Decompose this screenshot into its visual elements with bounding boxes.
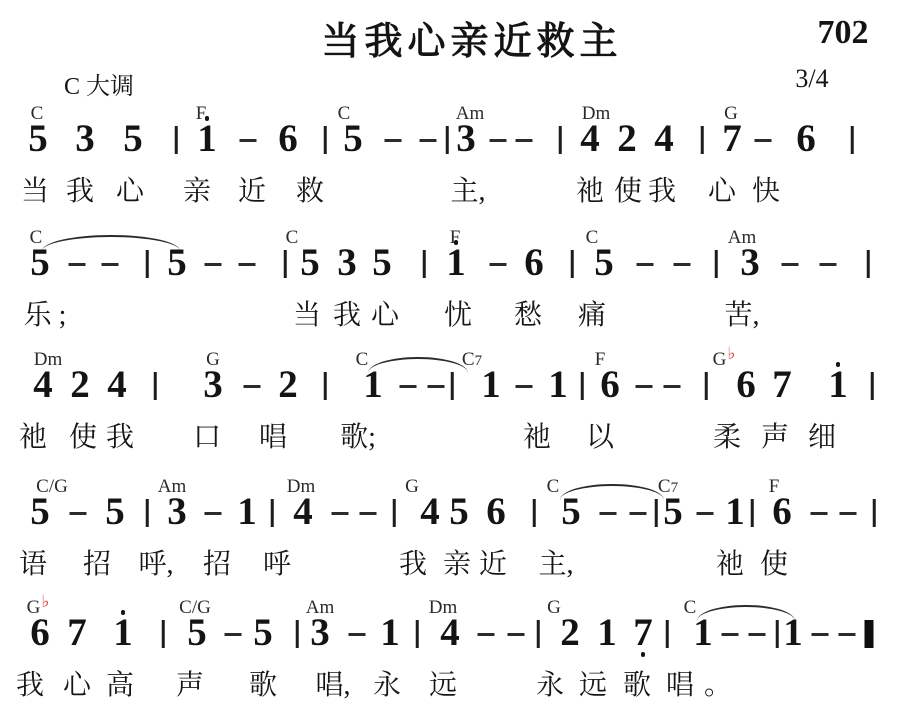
lyric-syllable: 快 xyxy=(752,177,780,207)
note: 6 xyxy=(796,125,816,153)
duration-dash xyxy=(70,512,87,515)
note: 4 xyxy=(440,619,460,647)
note: 5 xyxy=(449,498,469,526)
lyric-syllable: 呼, xyxy=(138,550,173,580)
duration-dash xyxy=(674,263,691,266)
lyric-syllable: 乐 ; xyxy=(24,301,67,331)
lyric-syllable: 苦, xyxy=(724,301,759,331)
note: 1 xyxy=(481,371,501,399)
note: 5 xyxy=(561,498,581,526)
note: 5 xyxy=(30,249,50,277)
hymn-sheet: 当我心亲近救主 702 C 大调 3/4 CFCAmDmG53516534247… xyxy=(0,0,897,718)
lyric-syllable: 我 xyxy=(648,177,676,207)
lyric-syllable: 亲 xyxy=(183,177,211,207)
lyric-syllable: 远 xyxy=(579,671,607,701)
flat-accidental: ♭ xyxy=(727,344,735,363)
lyric-syllable: 唱, xyxy=(315,671,350,701)
duration-dash xyxy=(840,512,857,515)
barline xyxy=(867,250,870,278)
note: 7 xyxy=(722,125,742,153)
barline xyxy=(666,620,669,648)
chord-label: G xyxy=(547,598,561,618)
barline xyxy=(851,126,854,154)
duration-dash xyxy=(820,263,837,266)
note: 5 xyxy=(105,498,125,526)
duration-dash xyxy=(839,633,856,636)
barline xyxy=(324,126,327,154)
flat-accidental: ♭ xyxy=(41,592,49,611)
octave-dot xyxy=(121,610,126,615)
duration-dash xyxy=(102,263,119,266)
lyric-syllable: 祂 xyxy=(716,550,744,580)
note: 1 xyxy=(597,619,617,647)
barline xyxy=(705,372,708,400)
note: 4 xyxy=(654,125,674,153)
lyric-syllable: 唱 xyxy=(259,423,287,453)
score-line: CCFCAm555351653乐 ;当我心忧愁痛苦, xyxy=(0,228,897,350)
duration-dash xyxy=(360,512,377,515)
score-line: C/GAmDmGCC7F553144565516语招呼,招呼我亲近主,祂使 xyxy=(0,477,897,599)
lyric-syllable: 使 xyxy=(69,423,97,453)
note: 5 xyxy=(372,249,392,277)
barline xyxy=(446,126,449,154)
note: 7 xyxy=(67,619,87,647)
slur-arc xyxy=(42,235,180,251)
barline xyxy=(393,499,396,527)
barline xyxy=(154,372,157,400)
duration-dash xyxy=(490,263,507,266)
lyric-syllable: 祂 xyxy=(523,423,551,453)
lyric-syllable: 使 xyxy=(614,177,642,207)
lyric-syllable: 当 xyxy=(21,177,49,207)
note: 5 xyxy=(187,619,207,647)
note: 7 xyxy=(772,371,792,399)
duration-dash xyxy=(490,139,507,142)
chord-label: C xyxy=(547,477,560,497)
lyric-syllable: 主, xyxy=(450,177,485,207)
chord-label: G xyxy=(405,477,419,497)
note: 3 xyxy=(75,125,95,153)
barline xyxy=(559,126,562,154)
lyric-syllable: 呼 xyxy=(263,550,291,580)
lyric-syllable: 我 xyxy=(106,423,134,453)
barline xyxy=(416,620,419,648)
lyric-syllable: 心 xyxy=(63,671,91,701)
note: 6 xyxy=(30,619,50,647)
note: 1 xyxy=(693,619,713,647)
note: 5 xyxy=(343,125,363,153)
note: 1 xyxy=(446,249,466,277)
duration-dash xyxy=(478,633,495,636)
barline xyxy=(146,250,149,278)
lyric-syllable: 歌 xyxy=(249,671,277,701)
lyric-syllable: 我 xyxy=(16,671,44,701)
lyric-syllable: 唱 xyxy=(666,671,694,701)
note: 1 xyxy=(113,619,133,647)
duration-dash xyxy=(812,633,829,636)
note: 3 xyxy=(456,125,476,153)
duration-dash xyxy=(239,263,256,266)
note: 1 xyxy=(828,371,848,399)
note: 6 xyxy=(600,371,620,399)
note: 1 xyxy=(380,619,400,647)
lyric-syllable: 细 xyxy=(808,423,836,453)
note: 4 xyxy=(33,371,53,399)
note: 4 xyxy=(107,371,127,399)
note: 5 xyxy=(30,498,50,526)
duration-dash xyxy=(630,512,647,515)
duration-dash xyxy=(205,512,222,515)
note: 4 xyxy=(580,125,600,153)
note: 1 xyxy=(237,498,257,526)
duration-dash xyxy=(636,385,653,388)
note: 1 xyxy=(548,371,568,399)
barline xyxy=(571,250,574,278)
note: 6 xyxy=(772,498,792,526)
note: 2 xyxy=(560,619,580,647)
note: 7 xyxy=(633,619,653,647)
barline xyxy=(701,126,704,154)
score-line: DmGCC7FG♭424321116671祂使我口唱歌;祂以柔声细 xyxy=(0,350,897,472)
lyric-syllable: 远 xyxy=(429,671,457,701)
lyric-syllable: 高 xyxy=(106,671,134,701)
note: 5 xyxy=(594,249,614,277)
barline xyxy=(284,250,287,278)
duration-dash xyxy=(225,633,242,636)
key-signature: C 大调 xyxy=(64,66,134,101)
lyric-syllable: 歌; xyxy=(340,423,376,453)
lyric-syllable: 招 xyxy=(83,550,111,580)
duration-dash xyxy=(205,263,222,266)
barline xyxy=(776,620,779,648)
note: 2 xyxy=(70,371,90,399)
note: 1 xyxy=(725,498,745,526)
score-line: G♭C/GAmDmGC6715531421711我心高声歌唱,永远永远歌唱。 xyxy=(0,598,897,718)
lyric-syllable: 歌 xyxy=(623,671,651,701)
note: 5 xyxy=(167,249,187,277)
note: 5 xyxy=(28,125,48,153)
lyric-syllable: 心 xyxy=(116,177,144,207)
note: 1 xyxy=(197,125,217,153)
barline xyxy=(423,250,426,278)
lyric-syllable: 心 xyxy=(371,301,399,331)
note: 2 xyxy=(278,371,298,399)
duration-dash xyxy=(811,512,828,515)
barline xyxy=(324,372,327,400)
barline xyxy=(751,499,754,527)
lyric-syllable: 语 xyxy=(19,550,47,580)
hymn-title: 当我心亲近救主 xyxy=(321,10,622,65)
barline xyxy=(873,499,876,527)
note: 1 xyxy=(783,619,803,647)
duration-dash xyxy=(428,385,445,388)
lyric-syllable: 柔 xyxy=(713,423,741,453)
note: 3 xyxy=(337,249,357,277)
barline xyxy=(533,499,536,527)
barline xyxy=(146,499,149,527)
duration-dash xyxy=(755,139,772,142)
duration-dash xyxy=(749,633,766,636)
barline xyxy=(451,372,454,400)
lyric-syllable: 我 xyxy=(333,301,361,331)
lyric-syllable: 痛 xyxy=(578,301,606,331)
note: 4 xyxy=(293,498,313,526)
duration-dash xyxy=(664,385,681,388)
duration-dash xyxy=(349,633,366,636)
octave-dot xyxy=(454,240,459,245)
lyric-syllable: 愁 xyxy=(514,301,542,331)
note: 6 xyxy=(524,249,544,277)
duration-dash xyxy=(722,633,739,636)
lyric-syllable: 心 xyxy=(708,177,736,207)
note: 3 xyxy=(167,498,187,526)
slur-arc xyxy=(368,357,468,373)
lyric-syllable: 近 xyxy=(479,550,507,580)
barline xyxy=(162,620,165,648)
hymn-number: 702 xyxy=(818,14,869,52)
lyric-syllable: 永 xyxy=(536,671,564,701)
lyric-syllable: 亲 xyxy=(443,550,471,580)
barline xyxy=(296,620,299,648)
note: 3 xyxy=(203,371,223,399)
note: 3 xyxy=(740,249,760,277)
time-signature: 3/4 xyxy=(795,64,828,94)
score-line: CFCAmDmG535165342476当我心亲近救主,祂使我心快 xyxy=(0,104,897,226)
duration-dash xyxy=(637,263,654,266)
barline xyxy=(871,372,874,400)
duration-dash xyxy=(240,139,257,142)
lyric-syllable: 招 xyxy=(203,550,231,580)
note: 6 xyxy=(278,125,298,153)
duration-dash xyxy=(782,263,799,266)
duration-dash xyxy=(400,385,417,388)
lyric-syllable: 祂 xyxy=(19,423,47,453)
duration-dash xyxy=(332,512,349,515)
duration-dash xyxy=(600,512,617,515)
note: 6 xyxy=(736,371,756,399)
lyric-syllable: 救 xyxy=(296,177,324,207)
lyric-syllable: 主, xyxy=(538,550,573,580)
lyric-syllable: 我 xyxy=(399,550,427,580)
note: 5 xyxy=(123,125,143,153)
duration-dash xyxy=(69,263,86,266)
duration-dash xyxy=(697,512,714,515)
chord-label: C xyxy=(286,228,299,248)
lyric-syllable: 忧 xyxy=(444,301,472,331)
barline xyxy=(715,250,718,278)
lyric-syllable: 近 xyxy=(238,177,266,207)
duration-dash xyxy=(385,139,402,142)
duration-dash xyxy=(420,139,437,142)
note: 4 xyxy=(420,498,440,526)
duration-dash xyxy=(244,385,261,388)
note: 6 xyxy=(486,498,506,526)
lyric-syllable: 。 xyxy=(704,671,732,701)
lyric-syllable: 祂 xyxy=(576,177,604,207)
note: 3 xyxy=(310,619,330,647)
note: 5 xyxy=(663,498,683,526)
barline xyxy=(175,126,178,154)
lyric-syllable: 使 xyxy=(760,550,788,580)
octave-dot xyxy=(641,652,646,657)
chord-label: G♭ xyxy=(713,350,736,370)
lyric-syllable: 声 xyxy=(761,423,789,453)
lyric-syllable: 我 xyxy=(66,177,94,207)
duration-dash xyxy=(516,139,533,142)
octave-dot xyxy=(205,116,210,121)
barline xyxy=(271,499,274,527)
duration-dash xyxy=(508,633,525,636)
duration-dash xyxy=(516,385,533,388)
note: 2 xyxy=(617,125,637,153)
octave-dot xyxy=(836,362,841,367)
lyric-syllable: 声 xyxy=(176,671,204,701)
final-barline xyxy=(865,620,874,648)
note: 5 xyxy=(300,249,320,277)
lyric-syllable: 以 xyxy=(586,423,614,453)
barline xyxy=(655,499,658,527)
note: 5 xyxy=(253,619,273,647)
lyric-syllable: 当 xyxy=(293,301,321,331)
note: 1 xyxy=(363,371,383,399)
barline xyxy=(537,620,540,648)
lyric-syllable: 口 xyxy=(193,423,221,453)
barline xyxy=(581,372,584,400)
lyric-syllable: 永 xyxy=(373,671,401,701)
